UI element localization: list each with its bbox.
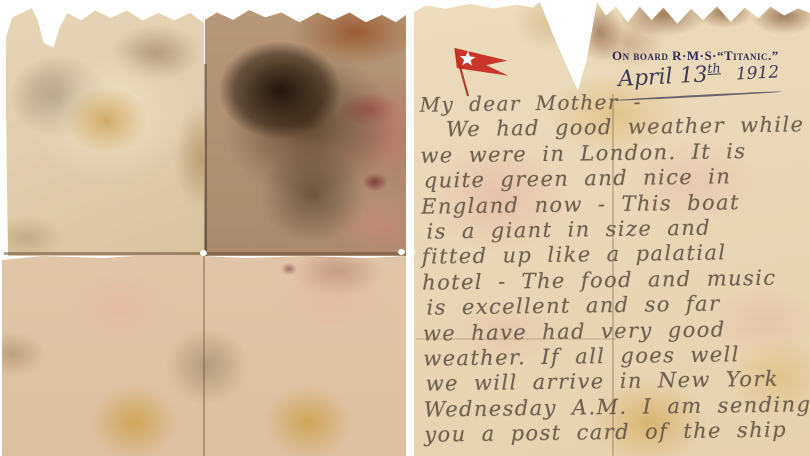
letter-front-page: On board R·M·S·“Titanic.” April 13th 191…	[414, 2, 810, 456]
date-month: April	[617, 64, 673, 92]
date-day: 13	[679, 62, 708, 88]
crease-glint	[398, 249, 405, 255]
letter-back-page-bottom	[2, 254, 406, 456]
letter-photograph: On board R·M·S·“Titanic.” April 13th 191…	[0, 0, 810, 456]
letter-back-page-top-left	[6, 8, 204, 256]
white-star-line-flag-icon	[426, 30, 518, 98]
crease-glint	[200, 250, 207, 256]
letter-line: you a post card of the ship	[424, 417, 808, 448]
crease-glint	[409, 250, 415, 255]
letter-back-page-top-right	[205, 10, 406, 256]
date-suffix: th	[707, 61, 721, 77]
date-year: 1912	[735, 63, 779, 85]
letter-body-text: My dear Mother - We had good weather whi…	[420, 87, 809, 448]
